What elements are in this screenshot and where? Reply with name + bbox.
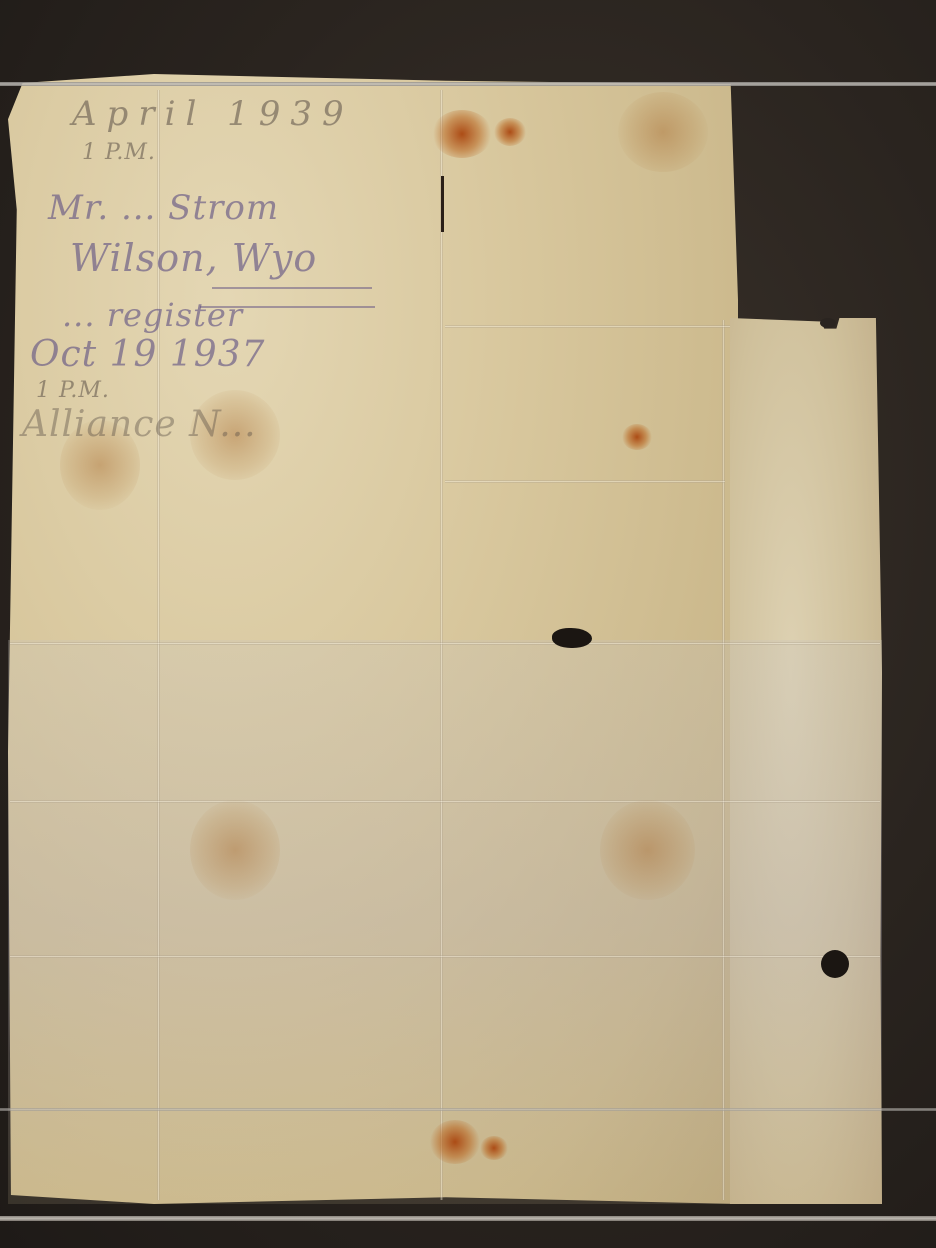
handwritten-second-time-line: 1 P.M.	[36, 378, 110, 403]
handwritten-date-line: April 1939	[72, 94, 354, 134]
underline	[212, 287, 372, 289]
paper-hole	[552, 628, 592, 648]
underline	[200, 306, 375, 308]
handwritten-register-line: ... register	[62, 296, 243, 334]
handwritten-time-line: 1 P.M.	[82, 140, 156, 165]
display-case-rail-bottom	[0, 1216, 936, 1221]
display-case-rail-top	[0, 82, 936, 86]
display-case-rail-middle	[0, 1108, 936, 1111]
handwritten-name-line: Mr. ... Strom	[48, 188, 279, 228]
handwritten-place-line: Alliance N...	[22, 404, 257, 445]
document-paper-flap	[730, 318, 882, 1204]
paper-tear	[441, 176, 444, 232]
handwritten-location-line: Wilson, Wyo	[70, 236, 317, 280]
paper-notch	[820, 318, 836, 328]
handwritten-second-date-line: Oct 19 1937	[30, 334, 265, 375]
paper-hole	[821, 950, 849, 978]
